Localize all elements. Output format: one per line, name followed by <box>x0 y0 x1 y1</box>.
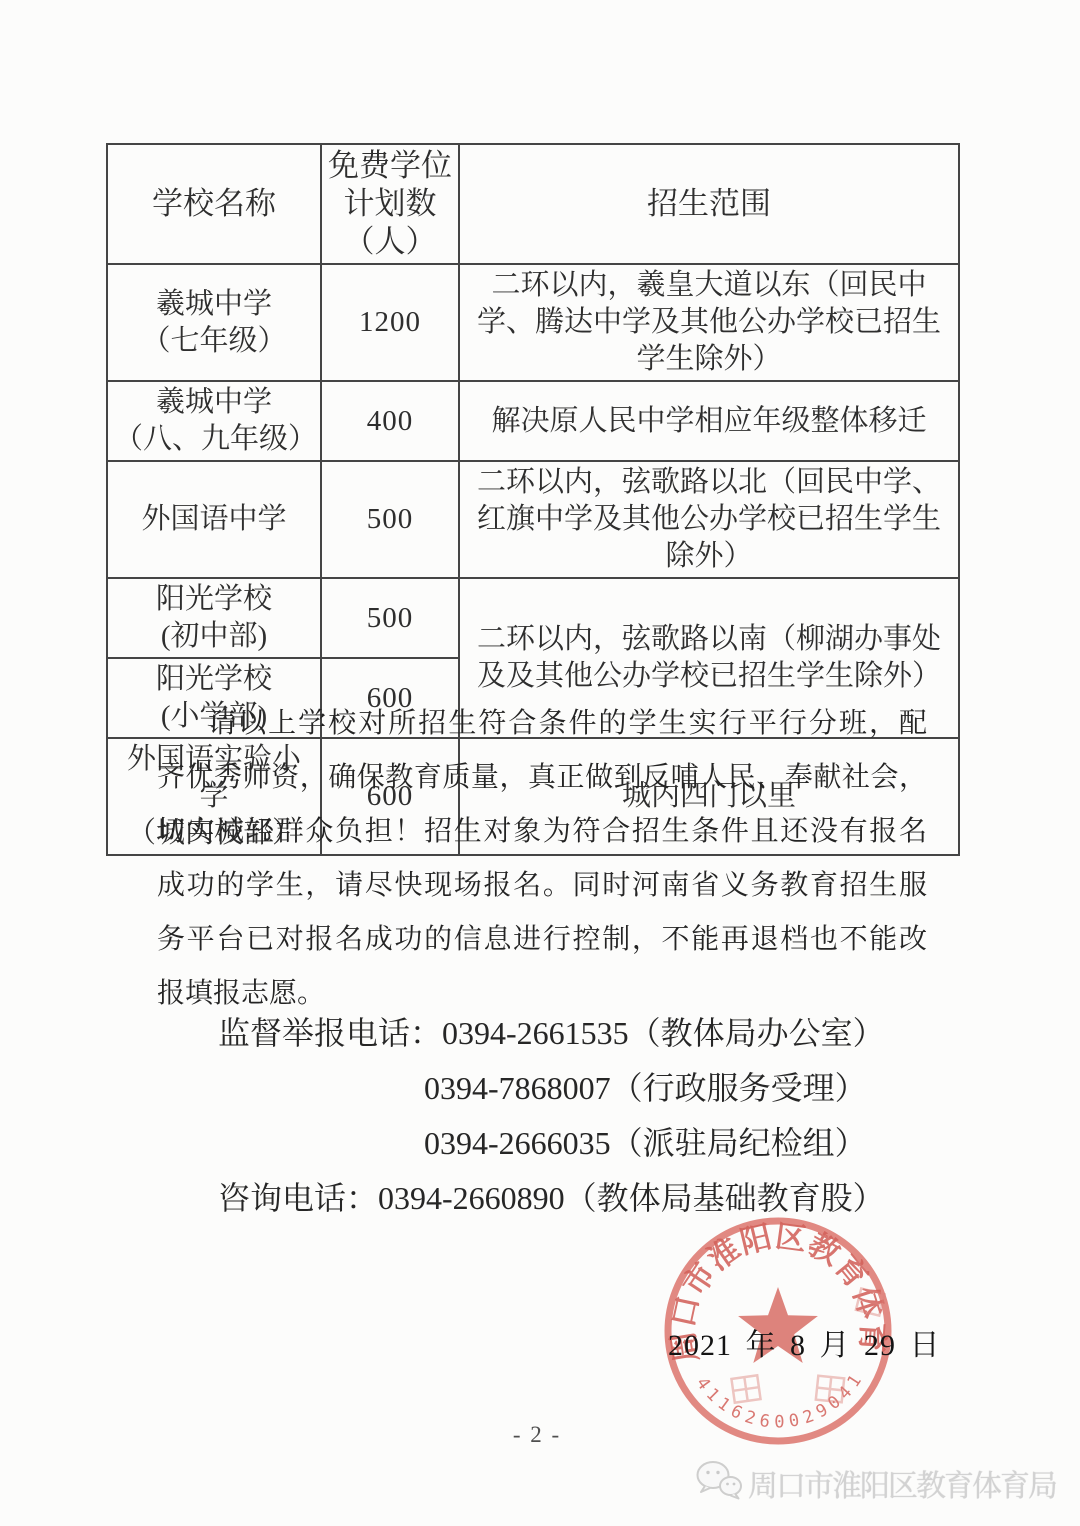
page-number: - 2 - <box>497 1422 577 1448</box>
table-row: 阳光学校 (初中部) 500 二环以内，弦歌路以南（柳湖办事处及及其他公办学校已… <box>107 578 959 658</box>
cell-quota: 1200 <box>321 264 459 381</box>
cell-school: 羲城中学 （八、九年级） <box>107 381 321 461</box>
col-header-scope: 招生范围 <box>459 144 959 264</box>
phone-line: 0394-7868007（行政服务受理） <box>424 1063 867 1109</box>
cell-school: 外国语中学 <box>107 461 321 578</box>
body-paragraph: 请以上学校对所招生符合条件的学生实行平行分班，配 齐优秀师资，确保教育质量，真正… <box>157 697 927 1021</box>
cell-quota: 400 <box>321 381 459 461</box>
document-page: 学校名称 免费学位 计划数 （人） 招生范围 羲城中学 （七年级） 1200 二… <box>0 0 1080 1526</box>
paragraph-line: 请以上学校对所招生符合条件的学生实行平行分班，配 <box>157 697 927 751</box>
col-header-quota: 免费学位 计划数 （人） <box>321 144 459 264</box>
cell-school: 阳光学校 (初中部) <box>107 578 321 658</box>
cell-scope: 二环以内，弦歌路以北（回民中学、红旗中学及其他公办学校已招生学生除外） <box>459 461 959 578</box>
paragraph-line: 齐优秀师资，确保教育质量，真正做到反哺人民、奉献社会， <box>157 751 927 805</box>
cell-quota: 500 <box>321 461 459 578</box>
cell-scope: 解决原人民中学相应年级整体移迁 <box>459 381 959 461</box>
paragraph-line: 成功的学生，请尽快现场报名。同时河南省义务教育招生服 <box>157 859 927 913</box>
cell-quota: 500 <box>321 578 459 658</box>
cell-school: 羲城中学 （七年级） <box>107 264 321 381</box>
document-date: 2021 年 8 月 29 日 <box>668 1320 941 1364</box>
wechat-icon <box>694 1459 744 1501</box>
cell-scope: 二环以内，羲皇大道以东（回民中学、腾达中学及其他公办学校已招生学生除外） <box>459 264 959 381</box>
supervision-phone-line: 监督举报电话：0394-2661535（教体局办公室） <box>218 1008 885 1054</box>
paragraph-line: 务平台已对报名成功的信息进行控制，不能再退档也不能改 <box>157 913 927 967</box>
table-row: 羲城中学 （八、九年级） 400 解决原人民中学相应年级整体移迁 <box>107 381 959 461</box>
footer-account-name: 周口市淮阳区教育体育局 <box>748 1461 1056 1505</box>
phone-line: 0394-2666035（派驻局纪检组） <box>424 1118 867 1164</box>
paragraph-line: 切实减轻群众负担！招生对象为符合招生条件且还没有报名 <box>157 805 927 859</box>
col-header-school: 学校名称 <box>107 144 321 264</box>
table-row: 外国语中学 500 二环以内，弦歌路以北（回民中学、红旗中学及其他公办学校已招生… <box>107 461 959 578</box>
table-row: 羲城中学 （七年级） 1200 二环以内，羲皇大道以东（回民中学、腾达中学及其他… <box>107 264 959 381</box>
